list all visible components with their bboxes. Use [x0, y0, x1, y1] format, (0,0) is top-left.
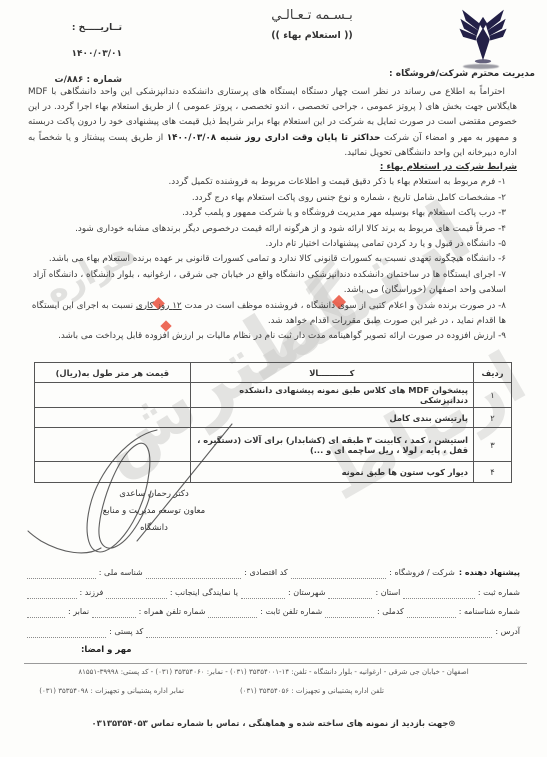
date-value: ۱۴۰۰/۰۳/۰۱	[71, 49, 122, 59]
condition-item: ۲- مشخصات کامل شامل تاریخ ، شماره و نوع …	[26, 191, 517, 206]
table-row: ۲ پارتیشن بندی کامل	[35, 408, 512, 428]
item-cell: پیشخوان MDF های کلاس طبق نمونه پیشنهادی …	[190, 383, 473, 408]
table-row: ۳ استیشن ، کمد ، کابینت ۳ طبقه ای (کشابد…	[35, 428, 512, 462]
birth-certificate-label: شماره شناسنامه :	[459, 606, 520, 618]
bismillah-title: بـسـمه تـعـالـي	[203, 8, 421, 23]
blank-field	[92, 609, 135, 618]
form-row: مهر و امضا:	[24, 645, 520, 655]
blank-field	[27, 590, 77, 599]
inquiry-subtitle: (( استعلام بهاء ))	[203, 30, 421, 41]
table-header-row: ردیف کـــــــــــالا قیمت هر متر طول به(…	[35, 363, 512, 383]
form-row: پیشنهاد دهنده : شرکت / فروشگاه : کد اقتص…	[24, 567, 520, 579]
economic-code-label: کد اقتصادی :	[244, 567, 287, 579]
scanned-price-inquiry-letter: ارتباط گسترش هزاره ارتباط بـسـمه تـعـالـ…	[0, 0, 547, 757]
father-name-label: فرزند :	[80, 587, 104, 599]
agency-label: یا نمایندگی اینجانب :	[170, 587, 238, 599]
signatory-title: معاون توسعه مدیریت و منابع دانشگاه	[88, 503, 220, 537]
blank-field	[241, 590, 285, 599]
condition-8-deadline: ۱۲ روز کاری	[136, 301, 182, 311]
address-label: آدرس :	[495, 626, 520, 638]
row-number-cell: ۱	[474, 383, 512, 408]
footer-divider	[24, 663, 527, 664]
number-label: شماره :	[87, 75, 123, 85]
conditions-title: شرایط شرکت در استعلام بهاء :	[380, 162, 517, 172]
azad-university-logo	[453, 6, 513, 64]
company-label: شرکت / فروشگاه :	[389, 567, 455, 579]
price-cell	[35, 408, 191, 428]
fax-label: نمابر :	[68, 606, 89, 618]
city-label: شهرستان :	[288, 587, 325, 599]
landline-label: شماره تلفن ثابت :	[260, 606, 322, 618]
footer-support-contacts: تلفن اداره پشتیبانی و تجهیزات : ۳۵۳۵۴۰۵۶…	[20, 687, 384, 695]
date-number-block: تــاریـــــخ : ۱۴۰۰/۰۳/۰۱ شماره : ۸۸۶/ت	[26, 15, 122, 93]
support-phone: تلفن اداره پشتیبانی و تجهیزات : ۳۵۳۵۴۰۵۶…	[240, 687, 384, 695]
header-row-number: ردیف	[474, 363, 512, 383]
date-line: تــاریـــــخ : ۱۴۰۰/۰۳/۰۱	[26, 15, 122, 67]
condition-item: ۳- درب پاکت استعلام بهاء بوسیله مهر مدیر…	[26, 206, 517, 221]
azad-university-emblem-icon	[453, 6, 513, 64]
bidder-heading: پیشنهاد دهنده :	[459, 567, 520, 579]
signature-block: دکتر رحمان ساعدی معاون توسعه مدیریت و من…	[88, 486, 220, 537]
letter-title-block: بـسـمه تـعـالـي (( استعلام بهاء ))	[203, 8, 421, 41]
header-item: کـــــــــــالا	[190, 363, 473, 383]
table-row: ۱ پیشخوان MDF های کلاس طبق نمونه پیشنهاد…	[35, 383, 512, 408]
postal-code-label: کد پستی :	[109, 626, 143, 638]
price-cell	[35, 428, 191, 462]
footer-visit-note: ⊙جهت بازدید از نمونه های ساخته شده و هما…	[0, 718, 547, 728]
deadline-bold: حداکثر تا پایان وقت اداری روز شنبه ۱۴۰۰/…	[167, 133, 381, 143]
national-code-label: کدملی :	[377, 606, 404, 618]
blank-field	[407, 609, 456, 618]
date-label: تــاریـــــخ :	[72, 23, 122, 33]
national-id-label: شناسه ملی :	[99, 567, 143, 579]
table-row: ۴ دیوار کوب ستون ها طبق نمونه	[35, 462, 512, 483]
condition-item: ۵- دانشگاه در قبول و یا رد کردن تمامی پی…	[26, 237, 517, 252]
blank-field	[106, 590, 167, 599]
recipient-line: مدیریت محترم شرکت/فروشگاه :	[389, 69, 535, 79]
condition-item: ۹- ارزش افزوده در صورت ارائه تصویر گواهی…	[26, 329, 517, 344]
conditions-section: شرایط شرکت در استعلام بهاء : ۱- فرم مربو…	[26, 160, 517, 345]
item-cell: استیشن ، کمد ، کابینت ۳ طبقه ای (کشابدار…	[190, 428, 473, 462]
blank-field	[27, 570, 96, 579]
item-cell: پارتیشن بندی کامل	[190, 408, 473, 428]
price-inquiry-table: ردیف کـــــــــــالا قیمت هر متر طول به(…	[34, 362, 512, 483]
blank-field	[27, 609, 65, 618]
seal-signature-label: مهر و امضا:	[24, 645, 132, 655]
note-marker-icon: ⊙	[448, 718, 455, 728]
condition-item: ۶- دانشگاه هیچگونه تعهدی نسبت به کسورات …	[26, 252, 517, 267]
condition-item: ۱- فرم مربوط به استعلام بهاء با ذکر دقیق…	[26, 175, 517, 190]
price-cell	[35, 462, 191, 483]
form-row: شماره شناسنامه : کدملی : شماره تلفن ثابت…	[24, 606, 520, 618]
blank-field	[328, 590, 372, 599]
province-label: استان :	[375, 587, 400, 599]
registration-number-label: شماره ثبت :	[478, 587, 520, 599]
support-fax: نمابر اداره پشتیبانی و تجهیزات : ۳۵۳۵۴۰۹…	[39, 687, 184, 695]
footer-address: اصفهان - خیابان جی شرقی - ارغوانیه - بلو…	[14, 668, 533, 676]
condition-8-pre: ۸- در صورت برنده شدن و اعلام کتبی از سوی…	[182, 301, 506, 311]
condition-item: ۸- در صورت برنده شدن و اعلام کتبی از سوی…	[26, 299, 517, 330]
blank-field	[27, 629, 106, 638]
signatory-name: دکتر رحمان ساعدی	[88, 486, 220, 503]
row-number-cell: ۳	[474, 428, 512, 462]
blank-field	[291, 570, 387, 579]
form-row: شماره ثبت : استان : شهرستان : یا نمایندگ…	[24, 587, 520, 599]
blank-field	[146, 629, 492, 638]
number-value: ۸۸۶/ت	[55, 75, 84, 85]
blank-field	[325, 609, 374, 618]
row-number-cell: ۴	[474, 462, 512, 483]
blank-field	[208, 609, 257, 618]
row-number-cell: ۲	[474, 408, 512, 428]
mobile-label: شماره تلفن همراه :	[139, 606, 206, 618]
intro-paragraph: احتراماً به اطلاع می رساند در نظر است چه…	[28, 85, 517, 161]
note-text: جهت بازدید از نمونه های ساخته شده و هماه…	[92, 718, 449, 728]
item-cell: دیوار کوب ستون ها طبق نمونه	[190, 462, 473, 483]
price-cell	[35, 383, 191, 408]
condition-item: ۴- صرفاً قیمت های مربوط به برند کالا ارا…	[26, 222, 517, 237]
header-price: قیمت هر متر طول به(ریال)	[35, 363, 191, 383]
blank-field	[146, 570, 242, 579]
bidder-form: پیشنهاد دهنده : شرکت / فروشگاه : کد اقتص…	[24, 567, 520, 655]
condition-item: ۷- اجرای ایستگاه ها در ساختمان دانشکده د…	[26, 268, 517, 299]
blank-field	[403, 590, 475, 599]
form-row: آدرس : کد پستی :	[24, 626, 520, 638]
